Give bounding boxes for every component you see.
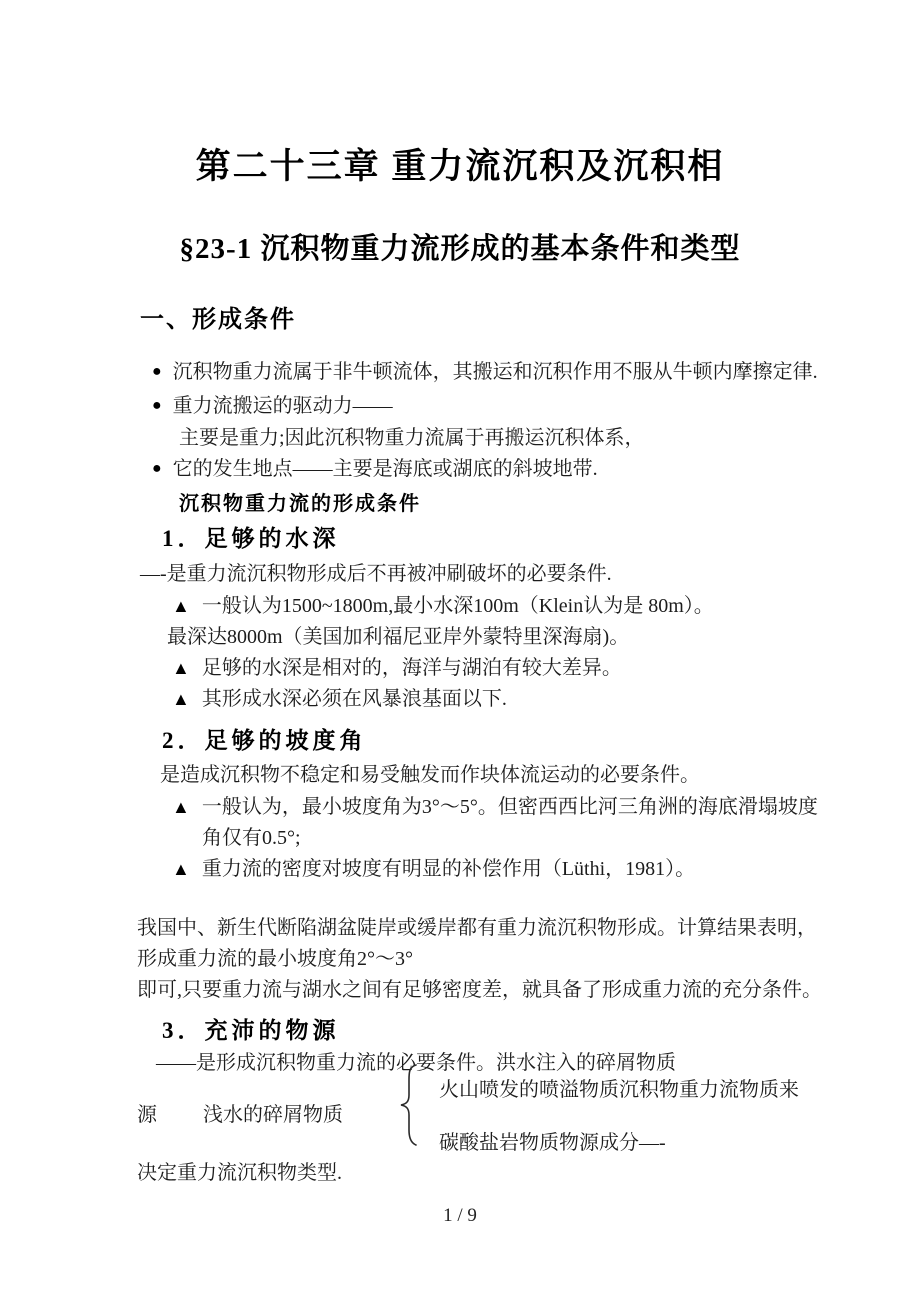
bullet-text: 它的发生地点——主要是海底或湖底的斜坡地带.	[173, 458, 598, 480]
triangle-item: ▲足够的水深是相对的，海洋与湖泊有较大差异。	[172, 656, 622, 680]
triangle-bullet-icon: ▲	[172, 857, 190, 881]
bullet-text: 沉积物重力流属于非牛顿流体，其搬运和沉积作用不服从牛顿内摩擦定律.	[173, 361, 818, 383]
paragraph-line: 我国中、新生代断陷湖盆陡岸或缓岸都有重力流沉积物形成。计算结果表明，	[137, 916, 817, 940]
circle-bullet-icon: ●	[152, 394, 162, 418]
bullet-item: ●它的发生地点——主要是海底或湖底的斜坡地带.	[152, 457, 598, 481]
circle-bullet-icon: ●	[152, 457, 162, 481]
bullet-item: ●重力流搬运的驱动力——	[152, 394, 393, 418]
bold-subheading: 沉积物重力流的形成条件	[179, 487, 421, 516]
circle-bullet-icon: ●	[152, 360, 162, 384]
triangle-bullet-icon: ▲	[172, 795, 190, 819]
subsection-3-heading: 3．充沛的物源	[162, 1012, 340, 1045]
paragraph-line: 即可,只要重力流与湖水之间有足够密度差，就具备了形成重力流的充分条件。	[137, 978, 822, 1002]
chapter-title: 第二十三章 重力流沉积及沉积相	[0, 139, 920, 189]
subsection-2-intro: 是造成沉积物不稳定和易受触发而作块体流运动的必要条件。	[160, 763, 700, 787]
left-brace-icon	[398, 1064, 420, 1146]
section-title: §23-1 沉积物重力流形成的基本条件和类型	[0, 226, 920, 267]
triangle-item: ▲其形成水深必须在风暴浪基面以下.	[172, 687, 507, 711]
subsection-2-heading: 2．足够的坡度角	[162, 722, 367, 755]
triangle-item: ▲重力流的密度对坡度有明显的补偿作用（Lüthi，1981）。	[172, 857, 695, 881]
item-text: 最深达8000m（美国加利福尼亚岸外蒙特里深海扇)。	[167, 625, 629, 649]
item-text-continuation: 角仅有0.5°;	[202, 826, 301, 850]
item-text: 一般认为1500~1800m,最小水深100m（Klein认为是 80m）。	[202, 595, 714, 617]
brace-top-text: 火山喷发的喷溢物质沉积物重力流物质来	[439, 1078, 799, 1102]
page-number: 1 / 9	[0, 1205, 920, 1227]
bullet-subtext: 主要是重力;因此沉积物重力流属于再搬运沉积体系，	[179, 426, 645, 450]
triangle-bullet-icon: ▲	[172, 594, 190, 618]
triangle-bullet-icon: ▲	[172, 687, 190, 711]
triangle-item: ▲一般认为1500~1800m,最小水深100m（Klein认为是 80m）。	[172, 594, 714, 618]
heading-forming-conditions: 一、形成条件	[140, 299, 296, 334]
item-text: 重力流的密度对坡度有明显的补偿作用（Lüthi，1981）。	[202, 858, 695, 880]
triangle-item: ▲一般认为，最小坡度角为3°～5°。但密西西比河三角洲的海底滑塌坡度	[172, 795, 818, 819]
subsection-1-heading: 1．足够的水深	[162, 520, 340, 553]
item-text: 其形成水深必须在风暴浪基面以下.	[202, 688, 507, 710]
subsection-1-intro: —-是重力流沉积物形成后不再被冲刷破坏的必要条件.	[140, 562, 612, 586]
source-char: 源	[137, 1104, 157, 1126]
bullet-text: 重力流搬运的驱动力——	[173, 395, 393, 417]
item-text: 足够的水深是相对的，海洋与湖泊有较大差异。	[202, 657, 622, 679]
document-page: 第二十三章 重力流沉积及沉积相 §23-1 沉积物重力流形成的基本条件和类型 一…	[0, 0, 920, 1302]
brace-bottom-text: 碳酸盐岩物质物源成分—-	[439, 1131, 666, 1155]
source-left-text: 浅水的碎屑物质	[203, 1104, 343, 1126]
source-line: 源浅水的碎屑物质	[137, 1103, 343, 1127]
paragraph-line: 形成重力流的最小坡度角2°～3°	[137, 947, 413, 971]
bullet-item: ●沉积物重力流属于非牛顿流体，其搬运和沉积作用不服从牛顿内摩擦定律.	[152, 360, 818, 384]
item-text: 一般认为，最小坡度角为3°～5°。但密西西比河三角洲的海底滑塌坡度	[202, 796, 818, 818]
triangle-bullet-icon: ▲	[172, 656, 190, 680]
closing-line: 决定重力流沉积物类型.	[137, 1161, 342, 1185]
